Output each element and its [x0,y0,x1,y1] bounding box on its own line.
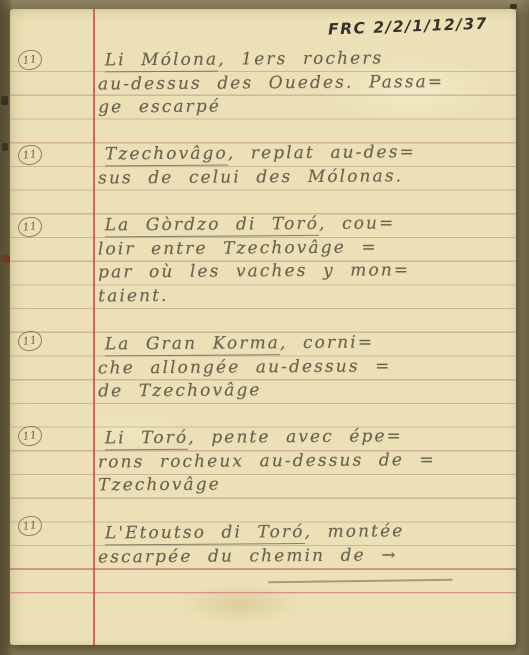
entry-line: La Gran Korma, corni= [98,331,510,358]
entry-line: de Tzechovâge [98,378,510,405]
entry-line-rest: , pente avec épe= [188,426,403,447]
entry-line-rest: , corni= [280,333,374,354]
notebook-page: FRC 2/2/1/12/37 11 Li Mólona, 1ers roche… [10,9,516,645]
entry-number-badge: 11 [17,216,43,239]
entry-line-rest: , montée [304,521,404,542]
place-name: L'Etoutso di Toró [105,522,305,545]
entry-text: Li Mólona, 1ers rochers au-dessus des Ou… [98,47,510,121]
archive-reference: FRC 2/2/1/12/37 [328,13,519,38]
entry-line: au-dessus des Ouedes. Passa= [98,70,510,97]
note-entry: 11 Li Mólona, 1ers rochers au-dessus des… [10,48,516,119]
scan-mat: { "header": { "reference": "FRC 2/2/1/12… [0,0,529,655]
entry-line-rest: , cou= [319,213,395,234]
entry-text: La Gran Korma, corni= che allongée au-de… [98,331,510,405]
edge-speck [1,96,8,105]
entry-text: La Gòrdzo di Toró, cou= loir entre Tzech… [98,212,511,310]
entry-number-badge: 11 [17,330,43,353]
entry-line: L'Etoutso di Toró, montée [98,520,510,547]
entry-text: Tzechovâgo, replat au-des= sus de celui … [98,141,510,191]
entry-line: Tzechovâge [98,472,510,499]
entry-text: L'Etoutso di Toró, montée escarpée du ch… [98,520,510,570]
entry-line-rest: , replat au-des= [228,142,416,163]
entry-line: Li Toró, pente avec épe= [98,425,510,452]
entry-line: par où les vaches y mon= [98,259,510,286]
entry-line: che allongée au-dessus = [98,354,510,381]
place-name: La Gran Korma [105,333,280,356]
entry-number-badge: 11 [17,49,43,72]
entry-line: La Gòrdzo di Toró, cou= [98,212,510,239]
place-name: La Gòrdzo di Toró [105,214,319,237]
note-entry: 11 La Gòrdzo di Toró, cou= loir entre Tz… [10,213,516,308]
entry-number-badge: 11 [17,425,43,448]
entry-text: Li Toró, pente avec épe= rons rocheux au… [98,425,510,499]
ruled-line-pink [10,592,516,593]
entry-line: sus de celui des Mólonas. [98,164,510,191]
pencil-flourish [268,579,453,583]
place-name: Tzechovâgo [105,144,228,166]
entry-line: Tzechovâgo, replat au-des= [98,141,510,168]
note-entry: 11 Li Toró, pente avec épe= rons rocheux… [10,426,516,497]
entry-line-rest: , 1ers rochers [218,48,383,69]
entry-number-badge: 11 [17,515,43,538]
entry-line: escarpée du chemin de → [98,543,510,570]
edge-speck [2,255,10,263]
entry-line: taient. [98,283,510,310]
place-name: Li Mólona [105,50,219,72]
place-name: Li Toró [105,428,189,450]
entry-number-badge: 11 [17,144,43,167]
note-entry: 11 L'Etoutso di Toró, montée escarpée du… [10,521,516,568]
edge-speck [2,143,8,151]
entry-line: loir entre Tzechovâge = [98,235,510,262]
note-entry: 11 La Gran Korma, corni= che allongée au… [10,332,516,403]
entry-line: ge escarpé [98,94,510,121]
entry-line: rons rocheux au-dessus de = [98,448,510,475]
entry-line: Li Mólona, 1ers rochers [98,47,510,74]
note-entry: 11 Tzechovâgo, replat au-des= sus de cel… [10,142,516,189]
